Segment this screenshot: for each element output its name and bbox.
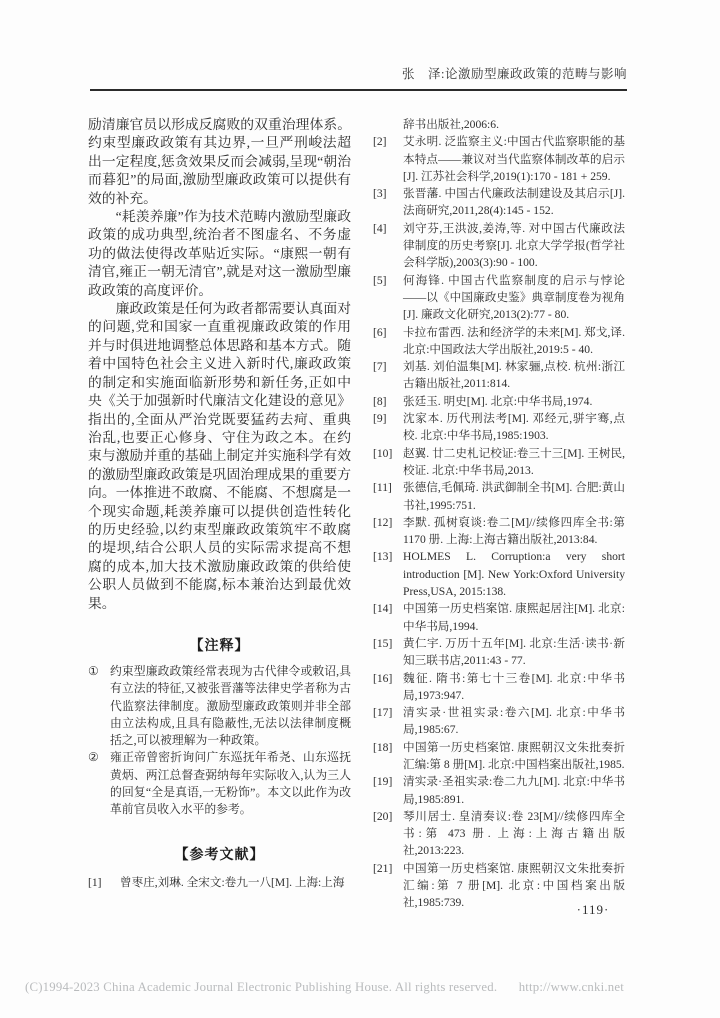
reference-continuation: 辞书出版社,2006:6. <box>373 116 625 133</box>
reference-text: HOLMES L. Corruption:a very short introd… <box>403 548 625 600</box>
reference-number: [7] <box>373 358 403 393</box>
reference-text: 赵翼. 廿二史札记校证:卷三十三[M]. 王树民,校证. 北京:中华书局,201… <box>403 445 625 480</box>
reference-text: 曾枣庄,刘琳. 全宋文:卷九一八[M]. 上海:上海 <box>120 874 351 891</box>
reference-item: [9]沈家本. 历代刑法考[M]. 邓经元,骈宇骞,点校. 北京:中华书局,19… <box>373 410 625 445</box>
notes-heading: 【注释】 <box>88 636 351 654</box>
reference-text: 中国第一历史档案馆. 康熙起居注[M]. 北京:中华书局,1994. <box>403 600 625 635</box>
reference-item: [2]艾永明. 泛监察主义:中国古代监察职能的基本特点——兼议对当代监察体制改革… <box>373 133 625 185</box>
reference-item: [16]魏征. 隋书:第七十三卷[M]. 北京:中华书局,1973:947. <box>373 670 625 705</box>
reference-number: [2] <box>373 133 403 185</box>
reference-item: [14]中国第一历史档案馆. 康熙起居注[M]. 北京:中华书局,1994. <box>373 600 625 635</box>
footer-url: http://www.cnki.net <box>519 980 624 994</box>
reference-item: [17]清实录·世祖实录:卷六[M]. 北京:中华书局,1985:67. <box>373 704 625 739</box>
reference-number: [8] <box>373 393 403 410</box>
reference-number-spacer <box>373 116 403 133</box>
reference-item: [20]琴川居士. 皇清奏议:卷 23[M]//续修四库全书:第 473 册. … <box>373 808 625 860</box>
footer: (C)1994-2023 China Academic Journal Elec… <box>25 980 705 995</box>
reference-item: [12]李默. 孤树裒谈:卷二[M]//续修四库全书:第1170 册. 上海:上… <box>373 514 625 549</box>
footer-copyright: (C)1994-2023 China Academic Journal Elec… <box>25 980 497 994</box>
page-number: ·119· <box>560 902 626 918</box>
references-heading: 【参考文献】 <box>88 845 351 863</box>
reference-item: [7]刘基. 刘伯温集[M]. 林家骊,点校. 杭州:浙江古籍出版社,2011:… <box>373 358 625 393</box>
reference-item: [19]清实录·圣祖实录:卷二九九[M]. 北京:中华书局,1985:891. <box>373 773 625 808</box>
reference-number: [13] <box>373 548 403 600</box>
reference-number: [6] <box>373 324 403 359</box>
reference-text: 张德信,毛佩琦. 洪武御制全书[M]. 合肥:黄山书社,1995:751. <box>403 479 625 514</box>
note-text: 雍正帝曾密折询问广东巡抚年希尧、山东巡抚黄炳、两江总督查弼纳每年实际收入,认为三… <box>110 749 351 818</box>
reference-text: 辞书出版社,2006:6. <box>403 116 625 133</box>
reference-item: [3]张晋藩. 中国古代廉政法制建设及其启示[J]. 法商研究,2011,28(… <box>373 185 625 220</box>
reference-text: 何海锋. 中国古代监察制度的启示与悖论——以《中国廉政史鉴》典章制度卷为视角[J… <box>403 272 625 324</box>
note-item: ① 约束型廉政政策经常表现为古代律令或敕诏,具有立法的特征,又被张晋藩等法律史学… <box>88 663 351 749</box>
reference-text: 琴川居士. 皇清奏议:卷 23[M]//续修四库全书:第 473 册. 上海:上… <box>403 808 625 860</box>
reference-number: [10] <box>373 445 403 480</box>
running-head-title: 张 泽:论激励型廉政政策的范畴与影响 <box>402 64 627 82</box>
reference-number: [15] <box>373 635 403 670</box>
reference-item: [1] 曾枣庄,刘琳. 全宋文:卷九一八[M]. 上海:上海 <box>88 874 351 891</box>
body-paragraph: “耗羡养廉”作为技术范畴内激励型廉政政策的成功典型,统治者不图虚名、不务虚功的做… <box>88 208 351 300</box>
reference-text: 卡拉布雷西. 法和经济学的未来[M]. 郑戈,译. 北京:中国政法大学出版社,2… <box>403 324 625 359</box>
body-paragraph: 励清廉官员以形成反腐败的双重治理体系。约束型廉政政策有其边界,一旦严刑峻法超出一… <box>88 116 351 208</box>
reference-number: [20] <box>373 808 403 860</box>
reference-number: [17] <box>373 704 403 739</box>
right-column: 辞书出版社,2006:6. [2]艾永明. 泛监察主义:中国古代监察职能的基本特… <box>373 116 625 912</box>
note-number: ② <box>88 749 110 818</box>
reference-text: 沈家本. 历代刑法考[M]. 邓经元,骈宇骞,点校. 北京:中华书局,1985:… <box>403 410 625 445</box>
reference-number: [1] <box>88 874 120 891</box>
reference-number: [18] <box>373 739 403 774</box>
note-item: ② 雍正帝曾密折询问广东巡抚年希尧、山东巡抚黄炳、两江总督查弼纳每年实际收入,认… <box>88 749 351 818</box>
reference-text: 刘守芬,王洪波,姜涛,等. 对中国古代廉政法律制度的历史考察[J]. 北京大学学… <box>403 220 625 272</box>
reference-text: 李默. 孤树裒谈:卷二[M]//续修四库全书:第1170 册. 上海:上海古籍出… <box>403 514 625 549</box>
note-number: ① <box>88 663 110 749</box>
reference-item: [15]黄仁宇. 万历十五年[M]. 北京:生活·读书·新知三联书店,2011:… <box>373 635 625 670</box>
reference-item: [13]HOLMES L. Corruption:a very short in… <box>373 548 625 600</box>
reference-text: 清实录·圣祖实录:卷二九九[M]. 北京:中华书局,1985:891. <box>403 773 625 808</box>
reference-text: 中国第一历史档案馆. 康熙朝汉文朱批奏折汇编:第 8 册[M]. 北京:中国档案… <box>403 739 625 774</box>
reference-number: [21] <box>373 860 403 912</box>
reference-number: [11] <box>373 479 403 514</box>
reference-number: [19] <box>373 773 403 808</box>
reference-text: 艾永明. 泛监察主义:中国古代监察职能的基本特点——兼议对当代监察体制改革的启示… <box>403 133 625 185</box>
reference-text: 刘基. 刘伯温集[M]. 林家骊,点校. 杭州:浙江古籍出版社,2011:814… <box>403 358 625 393</box>
reference-number: [5] <box>373 272 403 324</box>
reference-number: [9] <box>373 410 403 445</box>
header-rule <box>90 89 627 91</box>
journal-scan-page: 张 泽:论激励型廉政政策的范畴与影响 励清廉官员以形成反腐败的双重治理体系。约束… <box>0 0 720 1018</box>
reference-item: [8]张廷玉. 明史[M]. 北京:中华书局,1974. <box>373 393 625 410</box>
reference-item: [18]中国第一历史档案馆. 康熙朝汉文朱批奏折汇编:第 8 册[M]. 北京:… <box>373 739 625 774</box>
reference-item: [11]张德信,毛佩琦. 洪武御制全书[M]. 合肥:黄山书社,1995:751… <box>373 479 625 514</box>
reference-text: 魏征. 隋书:第七十三卷[M]. 北京:中华书局,1973:947. <box>403 670 625 705</box>
reference-item: [4]刘守芬,王洪波,姜涛,等. 对中国古代廉政法律制度的历史考察[J]. 北京… <box>373 220 625 272</box>
note-text: 约束型廉政政策经常表现为古代律令或敕诏,具有立法的特征,又被张晋藩等法律史学者称… <box>110 663 351 749</box>
reference-number: [14] <box>373 600 403 635</box>
reference-number: [3] <box>373 185 403 220</box>
reference-text: 张廷玉. 明史[M]. 北京:中华书局,1974. <box>403 393 625 410</box>
reference-text: 张晋藩. 中国古代廉政法制建设及其启示[J]. 法商研究,2011,28(4):… <box>403 185 625 220</box>
left-column: 励清廉官员以形成反腐败的双重治理体系。约束型廉政政策有其边界,一旦严刑峻法超出一… <box>88 116 351 891</box>
body-paragraph: 廉政政策是任何为政者都需要认真面对的问题,党和国家一直重视廉政政策的作用并与时俱… <box>88 300 351 613</box>
reference-number: [4] <box>373 220 403 272</box>
reference-text: 清实录·世祖实录:卷六[M]. 北京:中华书局,1985:67. <box>403 704 625 739</box>
reference-number: [12] <box>373 514 403 549</box>
reference-item: [5]何海锋. 中国古代监察制度的启示与悖论——以《中国廉政史鉴》典章制度卷为视… <box>373 272 625 324</box>
reference-text: 黄仁宇. 万历十五年[M]. 北京:生活·读书·新知三联书店,2011:43 -… <box>403 635 625 670</box>
reference-item: [6]卡拉布雷西. 法和经济学的未来[M]. 郑戈,译. 北京:中国政法大学出版… <box>373 324 625 359</box>
reference-item: [10]赵翼. 廿二史札记校证:卷三十三[M]. 王树民,校证. 北京:中华书局… <box>373 445 625 480</box>
reference-number: [16] <box>373 670 403 705</box>
